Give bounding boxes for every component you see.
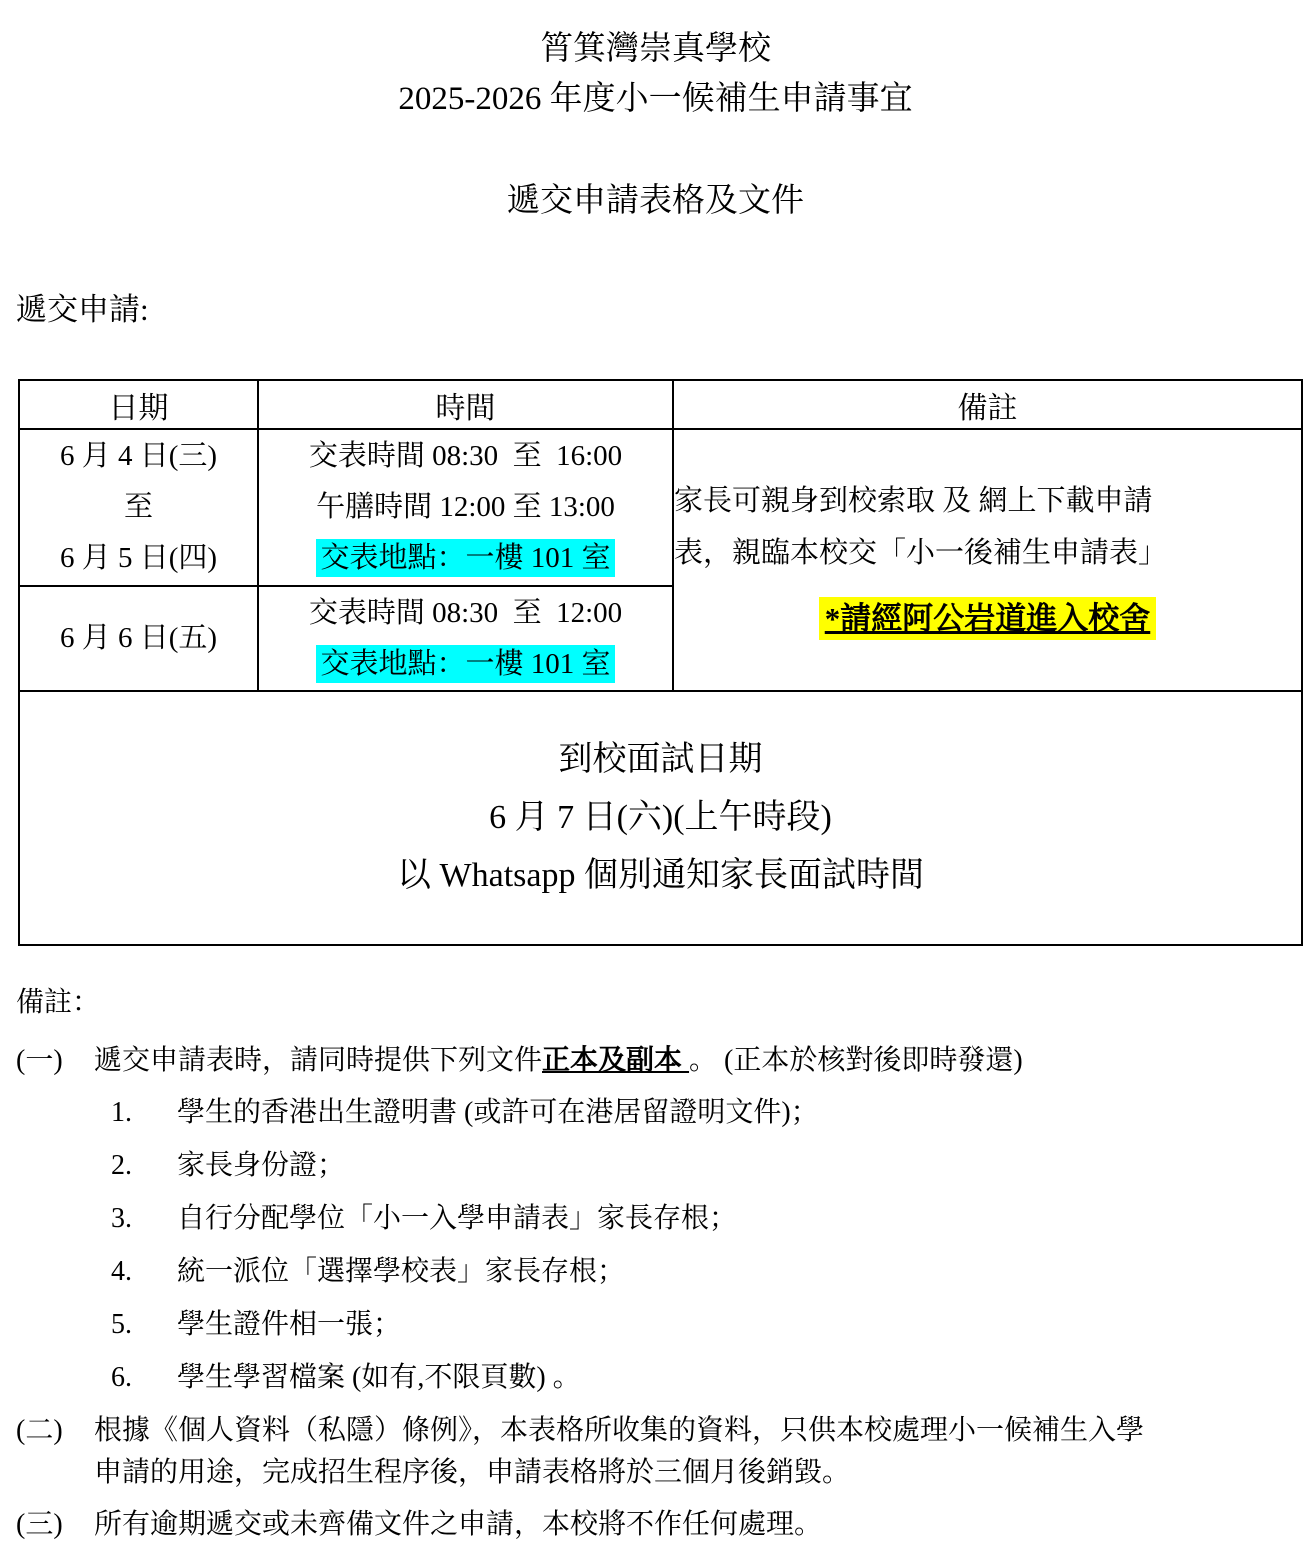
item-number: 5. xyxy=(111,1304,177,1346)
remarks-cell: 家長可親身到校索取 及 網上下載申請 表，親臨本校交「小一後補生申請表」 *請經… xyxy=(673,429,1302,691)
table-row-june-4-5: 6 月 4 日(三) 至 6 月 5 日(四) 交表時間 08:30 至 16:… xyxy=(19,429,1302,586)
item-number: 6. xyxy=(111,1357,177,1399)
note1-period: 。 xyxy=(689,1045,717,1076)
remarks-text: 家長可親身到校索取 及 網上下載申請 表，親臨本校交「小一後補生申請表」 xyxy=(674,475,1301,579)
note-label: (三) xyxy=(16,1504,94,1546)
list-item: 6. 學生學習檔案 (如有,不限頁數) 。 xyxy=(111,1357,1295,1399)
lunch-time-line: 午膳時間 12:00 至 13:00 xyxy=(259,482,672,533)
notes-heading: 備註： xyxy=(16,982,1295,1024)
note1-pre-text: 遞交申請表時，請同時提供下列文件 xyxy=(94,1045,542,1076)
note1-paren-text: (正本於核對後即時發還) xyxy=(717,1045,1023,1076)
interview-date-line: 6 月 7 日(六)(上午時段) xyxy=(20,789,1301,847)
notes-section: 備註： (一) 遞交申請表時，請同時提供下列文件正本及副本 。 (正本於核對後即… xyxy=(16,982,1295,1546)
list-item: 2. 家長身份證； xyxy=(111,1145,1295,1187)
notice-title: 2025-2026 年度小一候補生申請事宜 xyxy=(16,74,1295,124)
note3-line: 所有逾期遞交或未齊備文件之申請，本校將不作任何處理。 xyxy=(94,1504,1295,1546)
note-text: 遞交申請表時，請同時提供下列文件正本及副本 。 (正本於核對後即時發還) xyxy=(94,1040,1295,1082)
submit-apply-label: 遞交申請: xyxy=(16,284,1295,329)
date-range-cell: 6 月 4 日(三) 至 6 月 5 日(四) xyxy=(19,429,258,586)
item-text: 家長身份證； xyxy=(177,1145,1295,1187)
interview-notify-line: 以 Whatsapp 個別通知家長面試時間 xyxy=(20,847,1301,905)
interview-cell: 到校面試日期 6 月 7 日(六)(上午時段) 以 Whatsapp 個別通知家… xyxy=(19,691,1302,945)
time-cell: 交表時間 08:30 至 16:00 午膳時間 12:00 至 13:00 交表… xyxy=(258,429,673,586)
remarks-text-line: 家長可親身到校索取 及 網上下載申請 xyxy=(674,475,1301,527)
note-item-3: (三) 所有逾期遞交或未齊備文件之申請，本校將不作任何處理。 xyxy=(16,1504,1295,1546)
item-number: 2. xyxy=(111,1145,177,1187)
note-label: (二) xyxy=(16,1410,94,1494)
date-line: 至 xyxy=(20,482,257,533)
document-page: 筲箕灣崇真學校 2025-2026 年度小一候補生申請事宜 遞交申請表格及文件 … xyxy=(0,0,1313,1553)
item-text: 學生學習檔案 (如有,不限頁數) 。 xyxy=(177,1357,1295,1399)
remarks-text-line: 表，親臨本校交「小一後補生申請表」 xyxy=(674,527,1301,579)
item-number: 3. xyxy=(111,1198,177,1240)
school-name: 筲箕灣崇真學校 xyxy=(16,24,1295,74)
note-label: (一) xyxy=(16,1040,94,1082)
note2-line: 申請的用途，完成招生程序後，申請表格將於三個月後銷毀。 xyxy=(94,1452,1295,1494)
location-highlight: 交表地點：一樓 101 室 xyxy=(316,645,614,683)
item-number: 4. xyxy=(111,1251,177,1293)
item-text: 學生證件相一張； xyxy=(177,1304,1295,1346)
list-item: 1. 學生的香港出生證明書 (或許可在港居留證明文件)； xyxy=(111,1092,1295,1134)
list-item: 3. 自行分配學位「小一入學申請表」家長存根； xyxy=(111,1198,1295,1240)
col-header-remarks: 備註 xyxy=(673,380,1302,429)
location-highlight: 交表地點：一樓 101 室 xyxy=(316,539,614,577)
submission-time-line: 交表時間 08:30 至 16:00 xyxy=(259,431,672,482)
document-list: 1. 學生的香港出生證明書 (或許可在港居留證明文件)； 2. 家長身份證； 3… xyxy=(111,1092,1295,1399)
list-item: 5. 學生證件相一張； xyxy=(111,1304,1295,1346)
item-text: 統一派位「選擇學校表」家長存根； xyxy=(177,1251,1295,1293)
item-number: 1. xyxy=(111,1092,177,1134)
table-header-row: 日期 時間 備註 xyxy=(19,380,1302,429)
col-header-time: 時間 xyxy=(258,380,673,429)
col-header-date: 日期 xyxy=(19,380,258,429)
entrance-note-line: *請經阿公岩道進入校舍 xyxy=(674,593,1301,646)
date-line: 6 月 5 日(四) xyxy=(20,533,257,584)
table-row-interview: 到校面試日期 6 月 7 日(六)(上午時段) 以 Whatsapp 個別通知家… xyxy=(19,691,1302,945)
note-text: 根據《個人資料（私隱）條例》，本表格所收集的資料，只供本校處理小一候補生入學 申… xyxy=(94,1410,1295,1494)
interview-title-line: 到校面試日期 xyxy=(20,731,1301,789)
application-schedule-table: 日期 時間 備註 6 月 4 日(三) 至 6 月 5 日(四) 交表時間 08… xyxy=(18,379,1303,946)
note-item-2: (二) 根據《個人資料（私隱）條例》，本表格所收集的資料，只供本校處理小一候補生… xyxy=(16,1410,1295,1494)
date-line: 6 月 6 日(五) xyxy=(20,613,257,664)
entrance-note-highlight: *請經阿公岩道進入校舍 xyxy=(819,597,1157,640)
location-line: 交表地點：一樓 101 室 xyxy=(259,533,672,584)
date-line: 6 月 4 日(三) xyxy=(20,431,257,482)
list-item: 4. 統一派位「選擇學校表」家長存根； xyxy=(111,1251,1295,1293)
item-text: 自行分配學位「小一入學申請表」家長存根； xyxy=(177,1198,1295,1240)
item-text: 學生的香港出生證明書 (或許可在港居留證明文件)； xyxy=(177,1092,1295,1134)
date-cell: 6 月 6 日(五) xyxy=(19,586,258,691)
note2-line: 根據《個人資料（私隱）條例》，本表格所收集的資料，只供本校處理小一候補生入學 xyxy=(94,1410,1295,1452)
location-line: 交表地點：一樓 101 室 xyxy=(259,639,672,690)
note-item-1: (一) 遞交申請表時，請同時提供下列文件正本及副本 。 (正本於核對後即時發還) xyxy=(16,1040,1295,1082)
submission-time-line: 交表時間 08:30 至 12:00 xyxy=(259,588,672,639)
time-cell: 交表時間 08:30 至 12:00 交表地點：一樓 101 室 xyxy=(258,586,673,691)
note-text: 所有逾期遞交或未齊備文件之申請，本校將不作任何處理。 xyxy=(94,1504,1295,1546)
section-heading: 遞交申請表格及文件 xyxy=(16,176,1295,226)
note1-emphasis: 正本及副本 xyxy=(542,1045,689,1076)
